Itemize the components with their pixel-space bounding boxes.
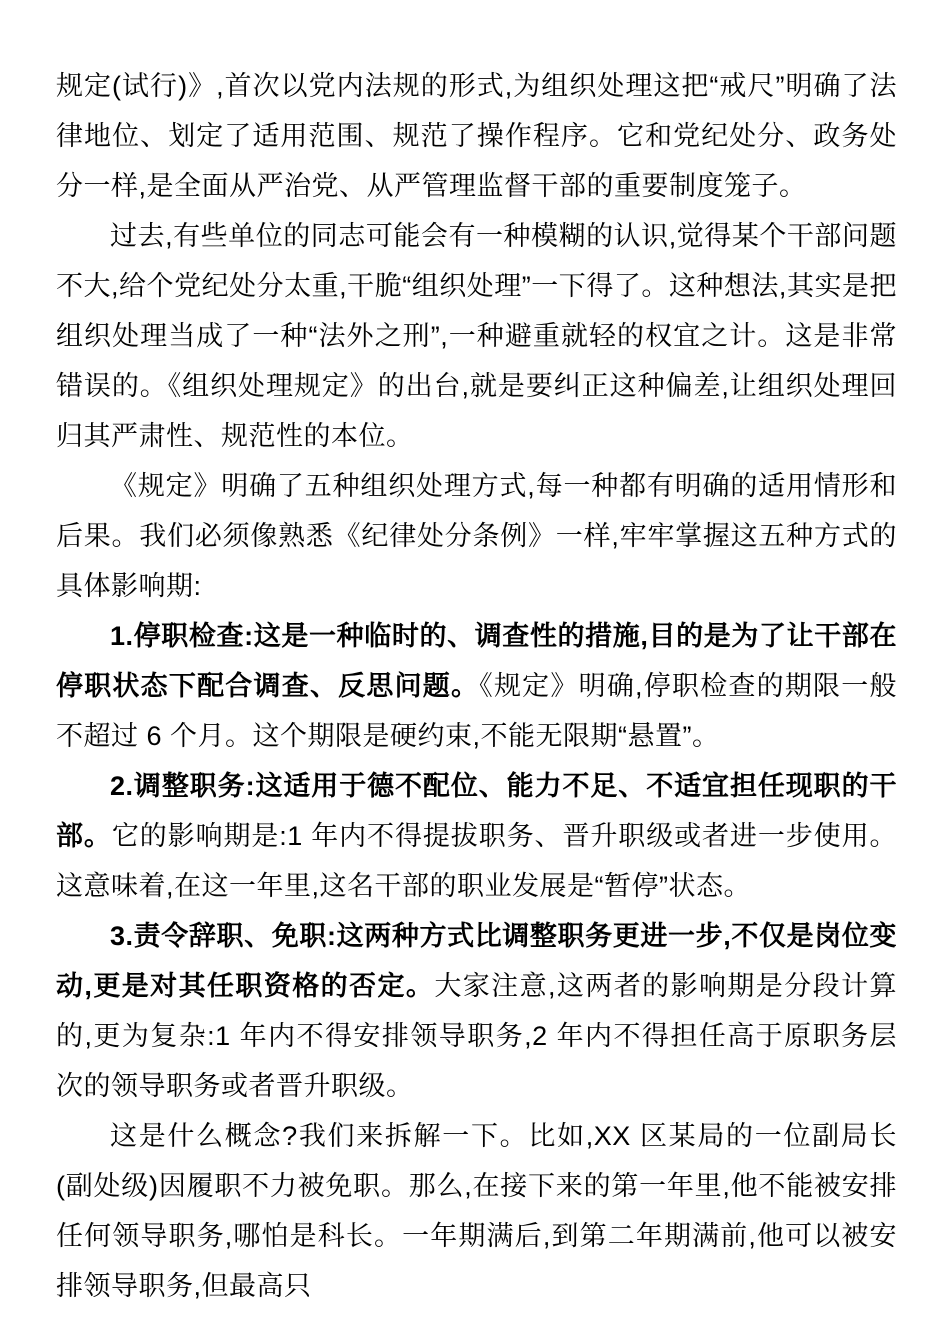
text-run: 规定(试行)》,首次以党内法规的形式,为组织处理这把“戒尺”明确了法律地位、划定… <box>56 71 897 201</box>
text-run: 过去,有些单位的同志可能会有一种模糊的认识,觉得某个干部问题不大,给个党纪处分太… <box>56 221 897 451</box>
paragraph: 《规定》明确了五种组织处理方式,每一种都有明确的适用情形和后果。我们必须像熟悉《… <box>56 461 897 611</box>
paragraph: 1.停职检查:这是一种临时的、调查性的措施,目的是为了让干部在停职状态下配合调查… <box>56 611 897 761</box>
paragraph: 过去,有些单位的同志可能会有一种模糊的认识,觉得某个干部问题不大,给个党纪处分太… <box>56 211 897 461</box>
text-run: 这是什么概念?我们来拆解一下。比如,XX 区某局的一位副局长(副处级)因履职不力… <box>56 1121 897 1301</box>
paragraph: 这是什么概念?我们来拆解一下。比如,XX 区某局的一位副局长(副处级)因履职不力… <box>56 1111 897 1311</box>
document-body: 规定(试行)》,首次以党内法规的形式,为组织处理这把“戒尺”明确了法律地位、划定… <box>56 61 897 1311</box>
text-run: 它的影响期是:1 年内不得提拔职务、晋升职级或者进一步使用。这意味着,在这一年里… <box>56 821 897 901</box>
paragraph: 规定(试行)》,首次以党内法规的形式,为组织处理这把“戒尺”明确了法律地位、划定… <box>56 61 897 211</box>
paragraph: 2.调整职务:这适用于德不配位、能力不足、不适宜担任现职的干部。它的影响期是:1… <box>56 761 897 911</box>
paragraph: 3.责令辞职、免职:这两种方式比调整职务更进一步,不仅是岗位变动,更是对其任职资… <box>56 911 897 1111</box>
text-run: 《规定》明确了五种组织处理方式,每一种都有明确的适用情形和后果。我们必须像熟悉《… <box>56 471 897 601</box>
document-page: 规定(试行)》,首次以党内法规的形式,为组织处理这把“戒尺”明确了法律地位、划定… <box>0 0 950 1344</box>
